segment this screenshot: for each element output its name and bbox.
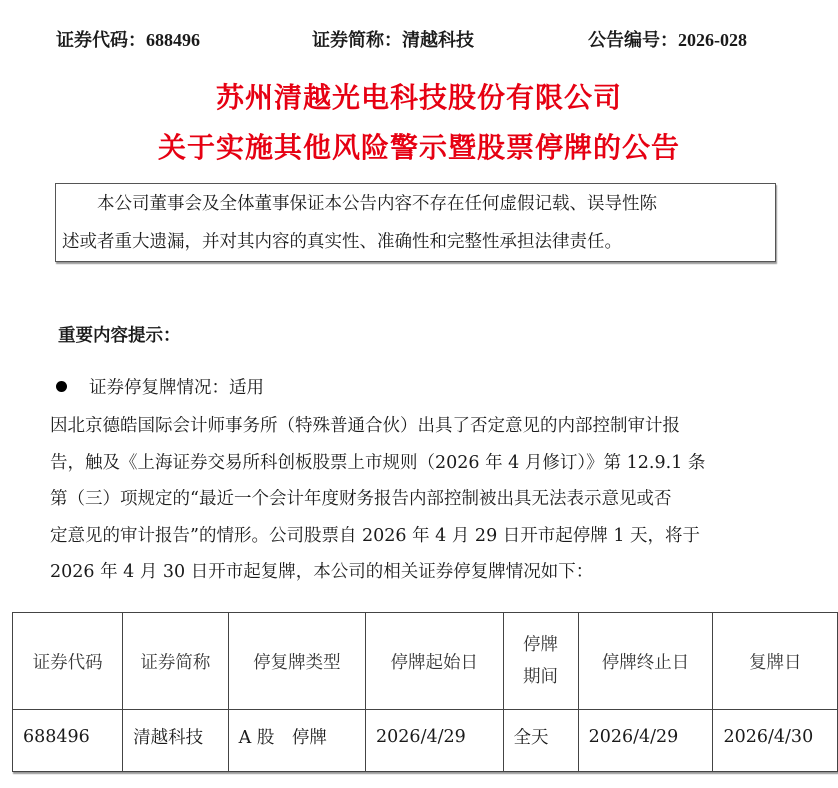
col-header-start-date: 停牌起始日: [366, 613, 504, 710]
announcement-number: 公告编号：2026-028: [588, 26, 747, 52]
suspension-table: 证券代码 证券简称 停复牌类型 停牌起始日 停牌 期间 停牌终止日 复牌日 68…: [12, 612, 838, 772]
security-code: 证券代码：688496: [56, 26, 200, 52]
company-name-title: 苏州清越光电科技股份有限公司: [0, 76, 838, 116]
security-abbreviation: 证券简称：清越科技: [312, 26, 474, 52]
body-paragraph: 因北京德皓国际会计师事务所（特殊普通合伙）出具了否定意见的内部控制审计报 告，触…: [50, 408, 795, 591]
cell-start-date: 2026/4/29: [366, 710, 504, 772]
cell-resumption-date: 2026/4/30: [713, 710, 838, 772]
col-header-period-line-1: 停牌: [504, 629, 578, 661]
cell-security-code: 688496: [13, 710, 123, 772]
col-header-suspension-period: 停牌 期间: [503, 613, 578, 710]
cell-suspension-type: A 股 停牌: [228, 710, 365, 772]
cell-end-date: 2026/4/29: [578, 710, 713, 772]
paragraph-line: 告，触及《上海证券交易所科创板股票上市规则（2026 年 4 月修订）》第 12…: [50, 445, 795, 482]
disclaimer-box: 本公司董事会及全体董事保证本公告内容不存在任何虚假记载、误导性陈 述或者重大遗漏…: [55, 183, 776, 262]
document-header: 证券代码：688496 证券简称：清越科技 公告编号：2026-028: [0, 24, 838, 54]
paragraph-line: 第（三）项规定的“最近一个会计年度财务报告内部控制被出具无法表示意见或否: [50, 481, 795, 518]
bullet-icon: [56, 381, 67, 392]
paragraph-line: 因北京德皓国际会计师事务所（特殊普通合伙）出具了否定意见的内部控制审计报: [50, 408, 795, 445]
cell-security-abbr: 清越科技: [123, 710, 229, 772]
bullet-item: 证券停复牌情况：适用: [54, 374, 264, 399]
col-header-resumption-date: 复牌日: [713, 613, 838, 710]
col-header-suspension-type: 停复牌类型: [228, 613, 365, 710]
col-header-period-line-2: 期间: [504, 661, 578, 693]
disclaimer-line-2: 述或者重大遗漏，并对其内容的真实性、准确性和完整性承担法律责任。: [62, 223, 769, 261]
col-header-security-abbr: 证券简称: [123, 613, 229, 710]
col-header-security-code: 证券代码: [13, 613, 123, 710]
table-header-row: 证券代码 证券简称 停复牌类型 停牌起始日 停牌 期间 停牌终止日 复牌日: [13, 613, 838, 710]
cell-suspension-period: 全天: [503, 710, 578, 772]
important-content-heading: 重要内容提示：: [58, 322, 181, 347]
col-header-end-date: 停牌终止日: [578, 613, 713, 710]
bullet-text: 证券停复牌情况：适用: [89, 374, 264, 399]
disclaimer-line-1: 本公司董事会及全体董事保证本公告内容不存在任何虚假记载、误导性陈: [62, 185, 769, 223]
table-row: 688496 清越科技 A 股 停牌 2026/4/29 全天 2026/4/2…: [13, 710, 838, 772]
announcement-title: 关于实施其他风险警示暨股票停牌的公告: [0, 126, 838, 166]
paragraph-line: 定意见的审计报告”的情形。公司股票自 2026 年 4 月 29 日开市起停牌 …: [50, 518, 795, 555]
paragraph-line: 2026 年 4 月 30 日开市起复牌，本公司的相关证券停复牌情况如下：: [50, 554, 795, 591]
